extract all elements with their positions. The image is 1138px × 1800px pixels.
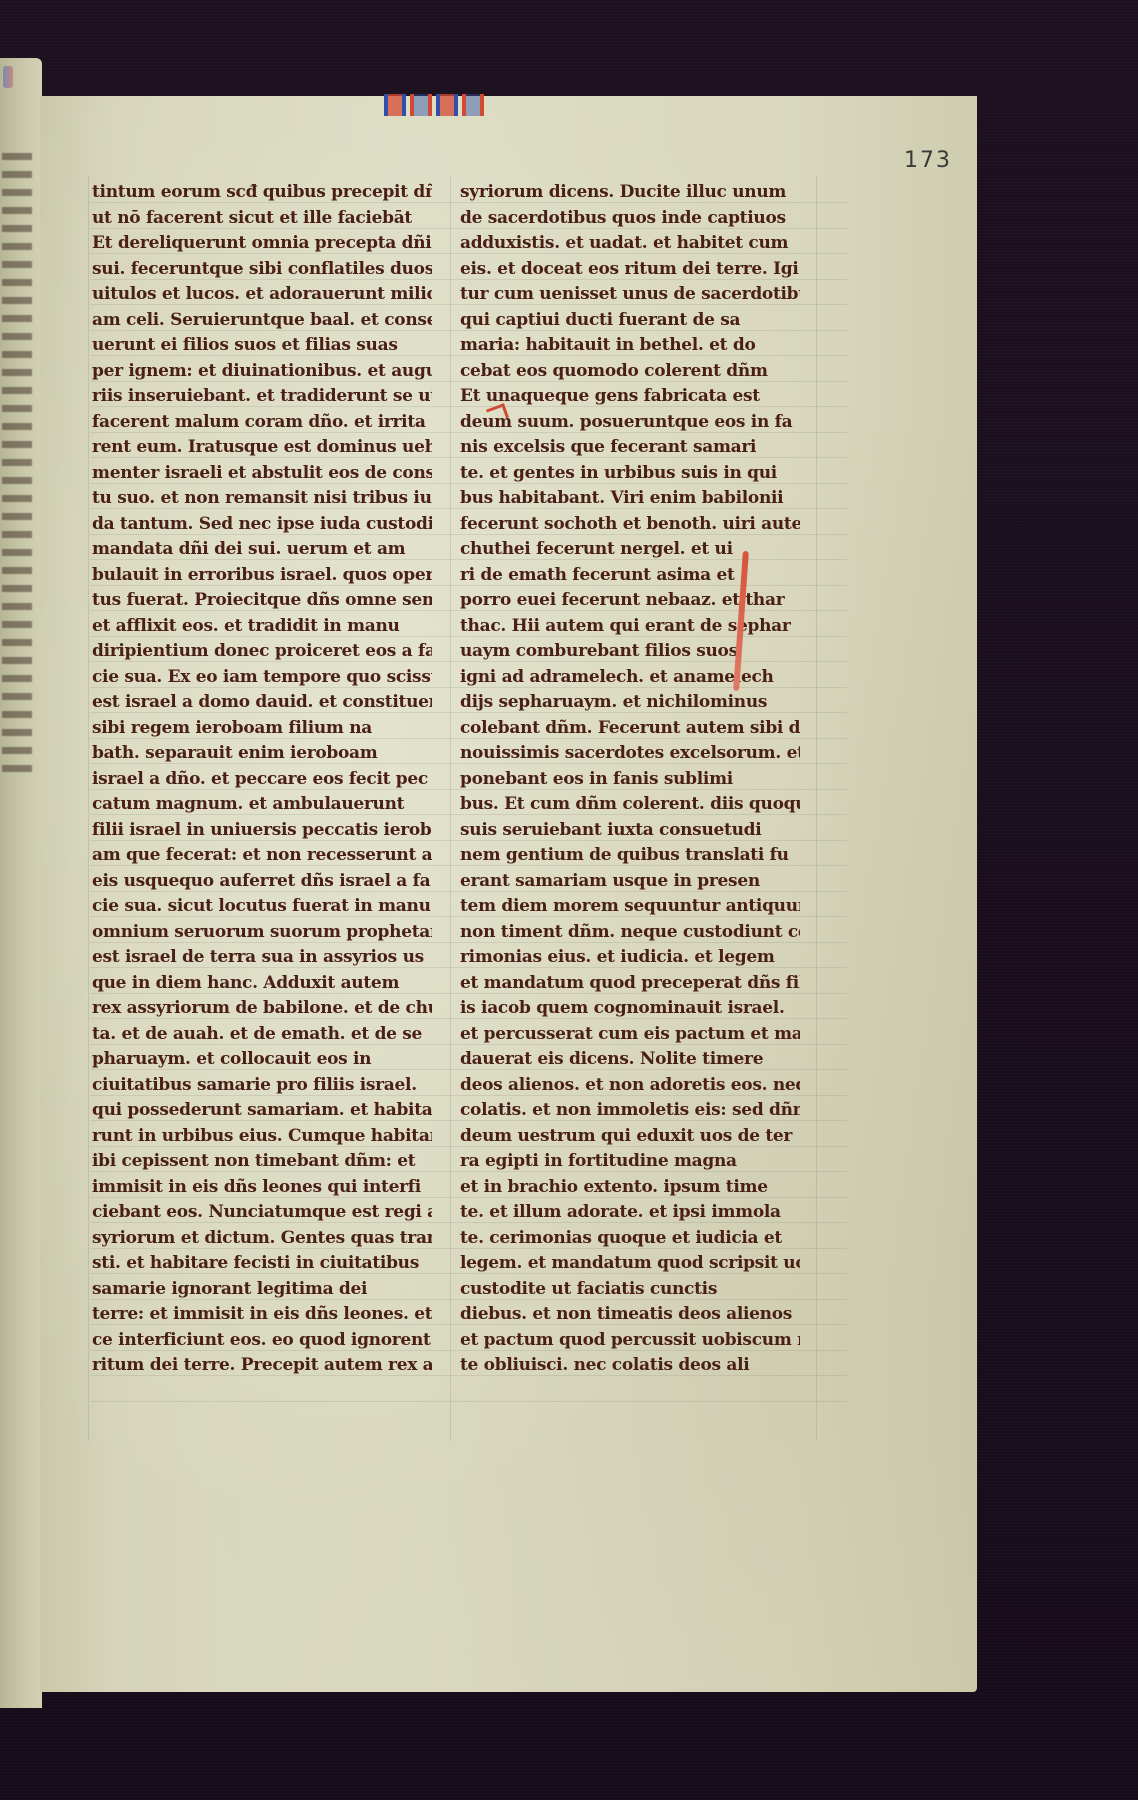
ruling-line [90, 1044, 847, 1045]
ruling-line [90, 279, 847, 280]
ruling-line [90, 712, 847, 713]
ruling-line [90, 381, 847, 382]
ruling-line [90, 636, 847, 637]
ruling-line [90, 253, 847, 254]
ruling-line [90, 432, 847, 433]
ruling-line [90, 457, 847, 458]
ruling-line [90, 687, 847, 688]
ruling-line [90, 763, 847, 764]
ruling-line [90, 585, 847, 586]
ruling-line [90, 406, 847, 407]
ruling-line [90, 483, 847, 484]
ruling-line [90, 1197, 847, 1198]
ruling-line [90, 1350, 847, 1351]
manuscript-folio: IIII 173 tintum eorum scđ quibus precepi… [40, 96, 977, 1692]
ruling-line [90, 1069, 847, 1070]
ruling-line [90, 993, 847, 994]
ruling-line [90, 304, 847, 305]
ruling-line [90, 891, 847, 892]
ruling-line [90, 840, 847, 841]
ruling-line [90, 1401, 847, 1402]
ruling-line [90, 559, 847, 560]
ruling-line [90, 967, 847, 968]
ruling-line [90, 789, 847, 790]
show-through-text [2, 153, 32, 773]
ruling-line [90, 202, 847, 203]
ruling-line [90, 738, 847, 739]
running-header: IIII [382, 92, 486, 118]
ruling-line [90, 1375, 847, 1376]
previous-leaf-edge [0, 58, 42, 1708]
ruling-line [90, 1018, 847, 1019]
ruling-line [90, 534, 847, 535]
ruling-line [90, 916, 847, 917]
running-header-text: IIII [382, 92, 486, 118]
ruling-line [90, 942, 847, 943]
ruling-line [90, 814, 847, 815]
ruling-line [90, 1248, 847, 1249]
ruling-line [90, 1171, 847, 1172]
folio-number: 173 [904, 148, 952, 173]
ruling-line [90, 610, 847, 611]
margin-ruling [450, 176, 451, 1441]
text-column-right: syriorum dicens. Ducite illuc unumde sac… [460, 180, 800, 1379]
ruling-line [90, 865, 847, 866]
ruling-line [90, 1222, 847, 1223]
ruling-line [90, 1324, 847, 1325]
text-column-left: tintum eorum scđ quibus precepit dñs eiu… [92, 180, 432, 1379]
ruling-line [90, 330, 847, 331]
ruling-line [90, 1120, 847, 1121]
ruling-line [90, 355, 847, 356]
ruling-line [90, 1299, 847, 1300]
ruling-line [90, 1095, 847, 1096]
ruling-line [90, 1273, 847, 1274]
margin-ruling [88, 176, 89, 1441]
ruling-line [90, 661, 847, 662]
ruling-line [90, 1146, 847, 1147]
rubric-fragment [3, 66, 13, 88]
ruling-line [90, 228, 847, 229]
margin-ruling [816, 176, 817, 1441]
ruling-line [90, 508, 847, 509]
